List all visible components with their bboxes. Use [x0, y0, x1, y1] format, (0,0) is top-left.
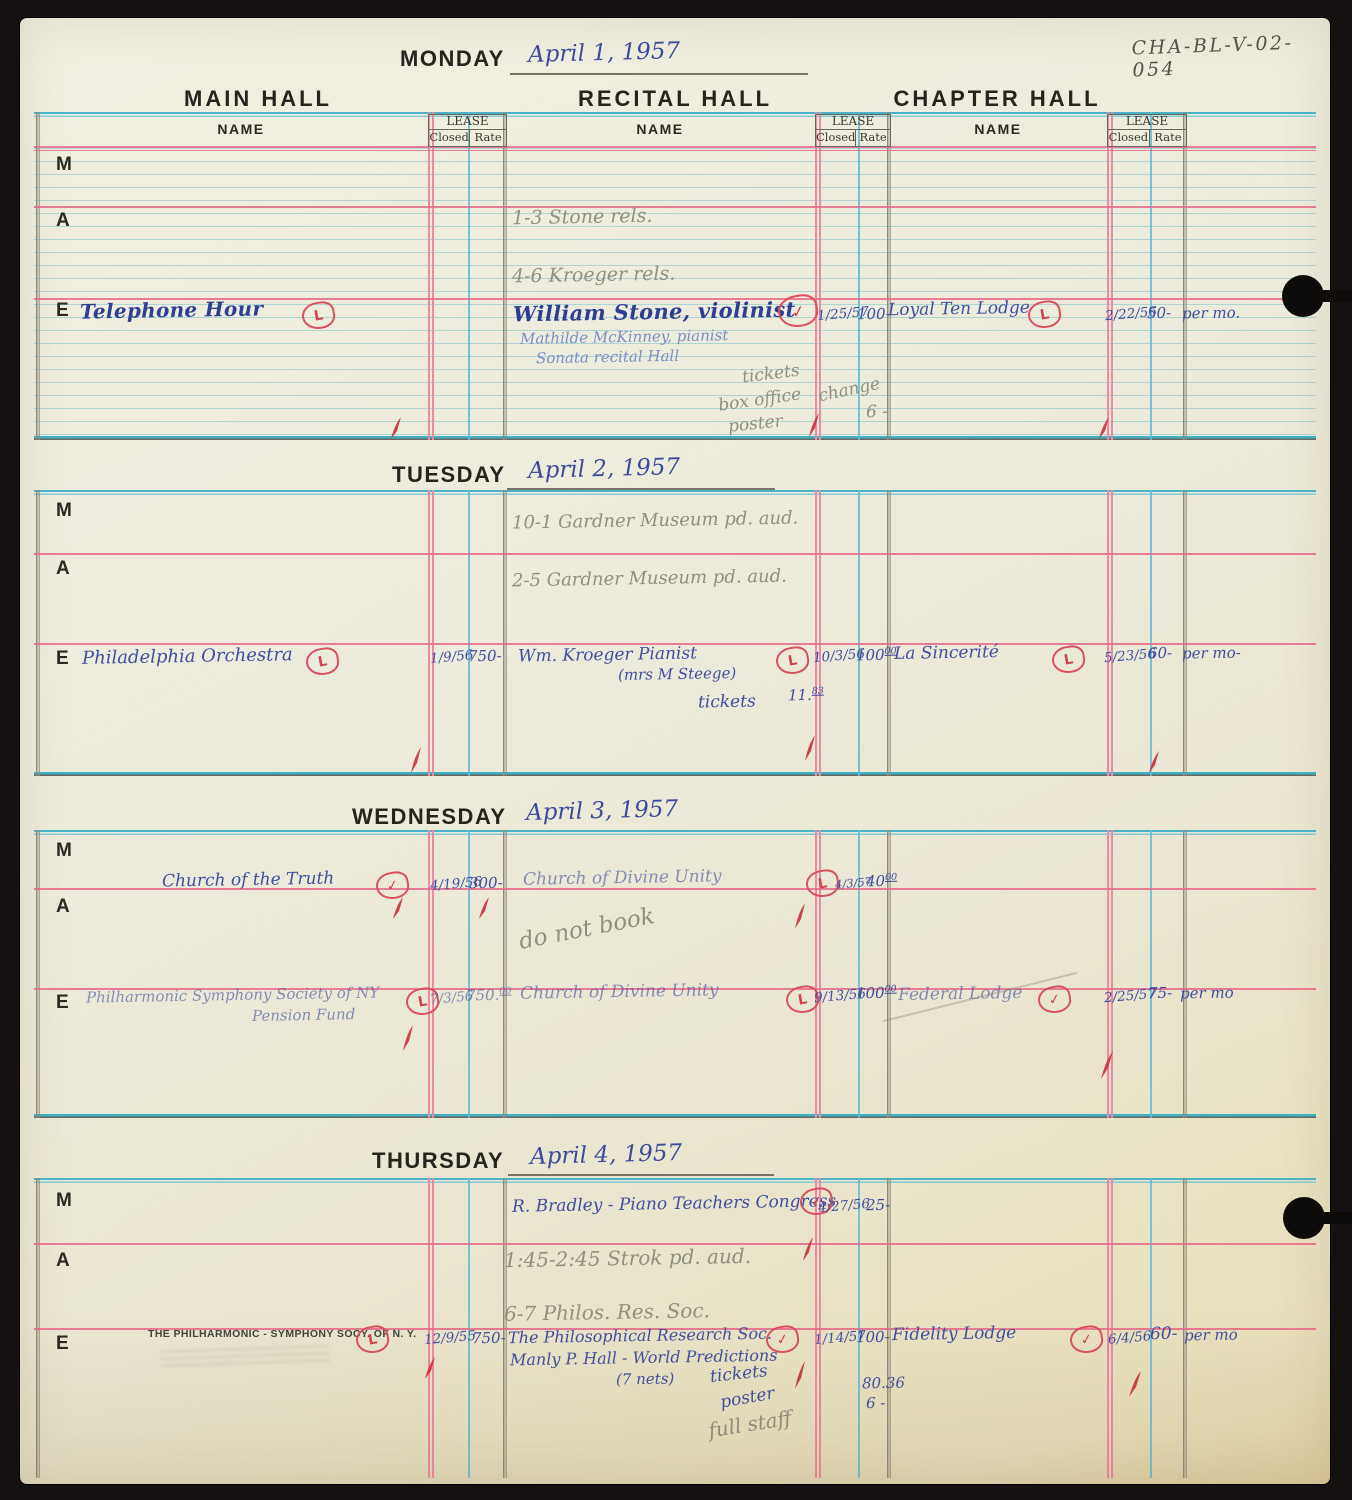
lease-header-box: LEASE ClosedRate — [815, 114, 891, 147]
entry-name: Fidelity Lodge — [892, 1323, 1017, 1345]
vertical-rule — [503, 112, 507, 440]
vertical-rule — [858, 830, 860, 1118]
entry-name: Mathilde McKinney, pianist — [520, 326, 729, 348]
hall-title-main: MAIN HALL — [138, 86, 378, 112]
entry-name: Wm. Kroeger Pianist — [518, 643, 697, 666]
rate-value: 750- — [468, 647, 502, 666]
vertical-rule — [428, 112, 434, 440]
red-tick-icon — [1146, 750, 1162, 774]
amount-value: 11.83 — [788, 686, 824, 705]
row-label-morning: M — [56, 1190, 72, 1212]
red-tick-icon — [408, 746, 424, 774]
entry-name: La Sincerité — [894, 642, 999, 664]
hole-punch — [1282, 275, 1324, 317]
red-tick-icon — [400, 1024, 416, 1052]
red-tick-icon — [422, 1356, 438, 1380]
entry-name: Church of Divine Unity — [520, 980, 719, 1003]
lease-header-box: LEASE ClosedRate — [1107, 114, 1187, 147]
row-label-morning: M — [56, 500, 72, 522]
vertical-rule — [503, 830, 507, 1118]
closed-header: Closed — [816, 130, 856, 146]
rate-unit: per mo. — [1182, 303, 1240, 322]
note: 1-3 Stone rels. — [512, 205, 653, 229]
hall-title-recital: RECITAL HALL — [545, 86, 805, 112]
row-label-afternoon: A — [56, 558, 70, 580]
column-header-name: NAME — [505, 121, 815, 137]
rate-value: 25- — [866, 1196, 890, 1214]
closed-header: Closed — [429, 130, 470, 146]
vertical-rule — [503, 490, 507, 776]
vertical-rule — [1150, 490, 1152, 776]
rate-value: 50- — [1147, 304, 1171, 322]
red-tick-icon — [792, 902, 808, 930]
vertical-rule — [887, 490, 891, 776]
section-top-rule — [34, 830, 1316, 835]
row-label-afternoon: A — [56, 896, 70, 918]
note: 6 - — [866, 402, 888, 422]
row-label-morning: M — [56, 154, 72, 176]
rate-value: 75- — [1148, 984, 1172, 1002]
row-label-afternoon: A — [56, 1250, 70, 1272]
rate-unit: per mo — [1184, 1326, 1238, 1345]
rate-value: 100- — [856, 1328, 890, 1347]
vertical-rule — [36, 490, 40, 776]
vertical-rule — [36, 112, 40, 440]
row-label-morning: M — [56, 840, 72, 862]
note: 6-7 Philos. Res. Soc. — [504, 1298, 710, 1326]
column-header-name: NAME — [54, 121, 428, 137]
vertical-rule — [468, 830, 470, 1118]
rate-value: 100- — [857, 305, 891, 324]
red-tick-icon — [390, 896, 406, 920]
note: tickets — [698, 691, 756, 712]
rate-value: 750- — [472, 1329, 506, 1348]
vertical-rule — [1107, 490, 1113, 776]
red-tick-icon — [476, 896, 492, 920]
section-bottom-rule — [34, 436, 1316, 440]
ledger-page: CHA-BL-V-02-054 MONDAY April 1, 1957 MAI… — [20, 18, 1330, 1484]
vertical-rule — [1150, 830, 1152, 1118]
ruled-lines — [34, 148, 1316, 438]
row-label-evening: E — [56, 648, 69, 670]
lease-header: LEASE — [429, 115, 506, 130]
vertical-rule — [36, 830, 40, 1118]
vertical-rule — [428, 830, 434, 1118]
section-top-rule — [34, 1178, 1316, 1183]
entry-name: Loyal Ten Lodge — [888, 298, 1030, 320]
red-tick-icon — [806, 412, 822, 438]
vertical-rule — [1150, 112, 1152, 440]
reference-number: CHA-BL-V-02-054 — [1131, 31, 1330, 82]
rate-header: Rate — [470, 130, 506, 146]
hall-title-chapter: CHAPTER HALL — [877, 86, 1117, 112]
rate-unit: per mo- — [1182, 643, 1241, 662]
rate-value: 10000 — [856, 984, 897, 1003]
entry-name: Pension Fund — [252, 1005, 356, 1025]
vertical-rule — [1107, 112, 1113, 440]
lease-header: LEASE — [1108, 115, 1186, 130]
vertical-rule — [428, 490, 434, 776]
section-bottom-rule — [34, 1114, 1316, 1118]
red-rule — [34, 553, 1316, 555]
date-underline — [508, 1174, 774, 1176]
rate-header: Rate — [856, 130, 890, 146]
red-tick-icon — [802, 734, 818, 762]
amount-value: 80.36 — [862, 1374, 905, 1393]
lease-header: LEASE — [816, 115, 890, 130]
day-label-monday: MONDAY — [400, 46, 505, 72]
vertical-rule — [887, 112, 891, 440]
day-date-thursday: April 4, 1957 — [530, 1140, 683, 1170]
entry-name: Philadelphia Orchestra — [82, 644, 293, 669]
note: 1:45-2:45 Strok pd. aud. — [504, 1244, 751, 1272]
red-tick-icon — [1098, 1050, 1116, 1080]
day-date-wednesday: April 3, 1957 — [526, 796, 679, 826]
red-tick-icon — [792, 1360, 808, 1390]
entry-name: Sonata recital Hall — [536, 347, 679, 367]
day-date-tuesday: April 2, 1957 — [528, 454, 681, 484]
closed-header: Closed — [1108, 130, 1150, 146]
rate-value: 4000 — [866, 872, 897, 891]
red-tick-icon — [1096, 416, 1112, 440]
day-label-wednesday: WEDNESDAY — [352, 804, 507, 830]
vertical-rule — [858, 490, 860, 776]
lease-header-box: LEASE ClosedRate — [428, 114, 507, 147]
row-label-evening: E — [56, 992, 69, 1014]
column-header-name: NAME — [889, 121, 1107, 137]
rate-value: 10000 — [856, 646, 897, 665]
note: 4-6 Kroeger rels. — [512, 263, 676, 288]
rate-header: Rate — [1150, 130, 1186, 146]
day-date-monday: April 1, 1957 — [528, 38, 681, 68]
rate-unit: per mo — [1180, 984, 1234, 1003]
vertical-rule — [468, 490, 470, 776]
entry-name: Church of Divine Unity — [523, 866, 722, 889]
entry-name: Church of the Truth — [162, 868, 335, 891]
day-label-tuesday: TUESDAY — [392, 462, 506, 488]
hole-punch — [1283, 1197, 1325, 1239]
entry-name: Telephone Hour — [80, 296, 264, 323]
red-rule — [34, 150, 1316, 152]
row-label-evening: E — [56, 300, 69, 322]
day-label-thursday: THURSDAY — [372, 1148, 504, 1174]
date-underline — [510, 73, 808, 75]
section-bottom-rule — [34, 772, 1316, 776]
rate-value: 750.00 — [466, 986, 512, 1005]
vertical-rule — [468, 112, 470, 440]
entry-name: (7 nets) — [616, 1369, 675, 1388]
vertical-rule — [1183, 490, 1187, 776]
red-tick-icon — [1126, 1370, 1144, 1398]
tuesday-grid: M A E — [34, 490, 1316, 776]
vertical-rule — [1183, 830, 1187, 1118]
red-tick-icon — [388, 416, 404, 440]
entry-name: William Stone, violinist — [513, 297, 796, 327]
section-top-rule — [34, 490, 1316, 495]
row-label-afternoon: A — [56, 210, 70, 232]
rate-value: 300- — [469, 874, 503, 893]
red-tick-icon — [800, 1236, 816, 1262]
rate-value: 60- — [1148, 644, 1172, 662]
rate-value: 60- — [1150, 1324, 1178, 1344]
row-label-evening: E — [56, 1333, 69, 1355]
entry-name: (mrs M Steege) — [618, 664, 737, 684]
vertical-rule — [1183, 112, 1187, 440]
red-rule — [34, 206, 1316, 208]
amount-value: 6 - — [866, 1394, 886, 1412]
